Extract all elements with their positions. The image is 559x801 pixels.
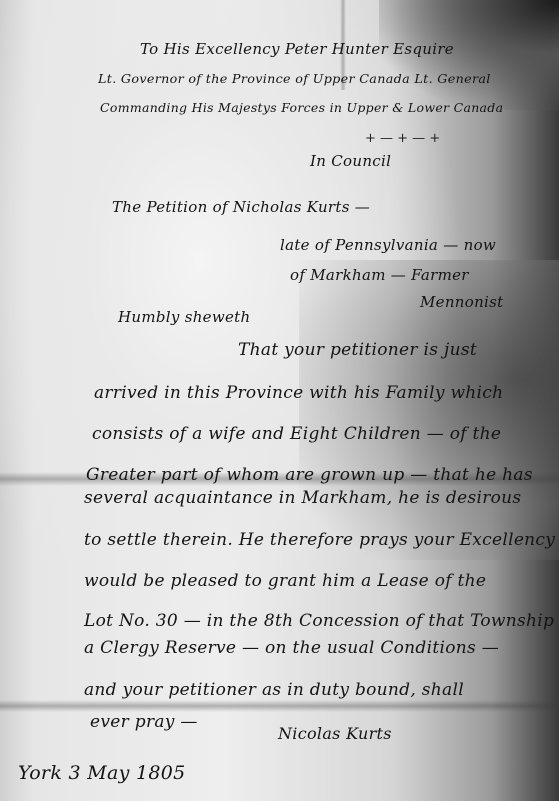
petitioner-line-1: The Petition of Nicholas Kurts — bbox=[112, 198, 370, 216]
flourish-marks: + — + — + bbox=[365, 131, 440, 146]
body-line-2: arrived in this Province with his Family… bbox=[94, 383, 503, 403]
body-line-7: would be pleased to grant him a Lease of… bbox=[84, 571, 486, 591]
dateline: York 3 May 1805 bbox=[18, 762, 186, 784]
in-council-heading: In Council bbox=[310, 152, 391, 170]
scanned-document-page: To His Excellency Peter Hunter Esquire L… bbox=[0, 0, 559, 801]
body-line-9: a Clergy Reserve — on the usual Conditio… bbox=[84, 638, 499, 658]
address-line-3: Commanding His Majestys Forces in Upper … bbox=[100, 100, 503, 115]
petitioner-line-2: late of Pennsylvania — now bbox=[280, 236, 496, 254]
body-line-5: several acquaintance in Markham, he is d… bbox=[84, 488, 521, 508]
petitioner-line-4: Mennonist bbox=[420, 293, 503, 311]
petitioner-line-3: of Markham — Farmer bbox=[290, 266, 469, 284]
salutation: Humbly sheweth bbox=[118, 308, 250, 326]
signature: Nicolas Kurts bbox=[278, 724, 392, 743]
address-line-2: Lt. Governor of the Province of Upper Ca… bbox=[98, 71, 491, 86]
body-line-6: to settle therein. He therefore prays yo… bbox=[84, 530, 555, 550]
body-line-4: Greater part of whom are grown up — that… bbox=[86, 465, 533, 485]
body-line-11: ever pray — bbox=[90, 712, 198, 732]
body-line-1: That your petitioner is just bbox=[238, 340, 477, 360]
body-line-3: consists of a wife and Eight Children — … bbox=[92, 424, 501, 444]
body-line-10: and your petitioner as in duty bound, sh… bbox=[84, 680, 464, 700]
address-line-1: To His Excellency Peter Hunter Esquire bbox=[140, 40, 454, 58]
body-line-8: Lot No. 30 — in the 8th Concession of th… bbox=[84, 611, 554, 631]
paper-fold-line bbox=[0, 700, 559, 712]
